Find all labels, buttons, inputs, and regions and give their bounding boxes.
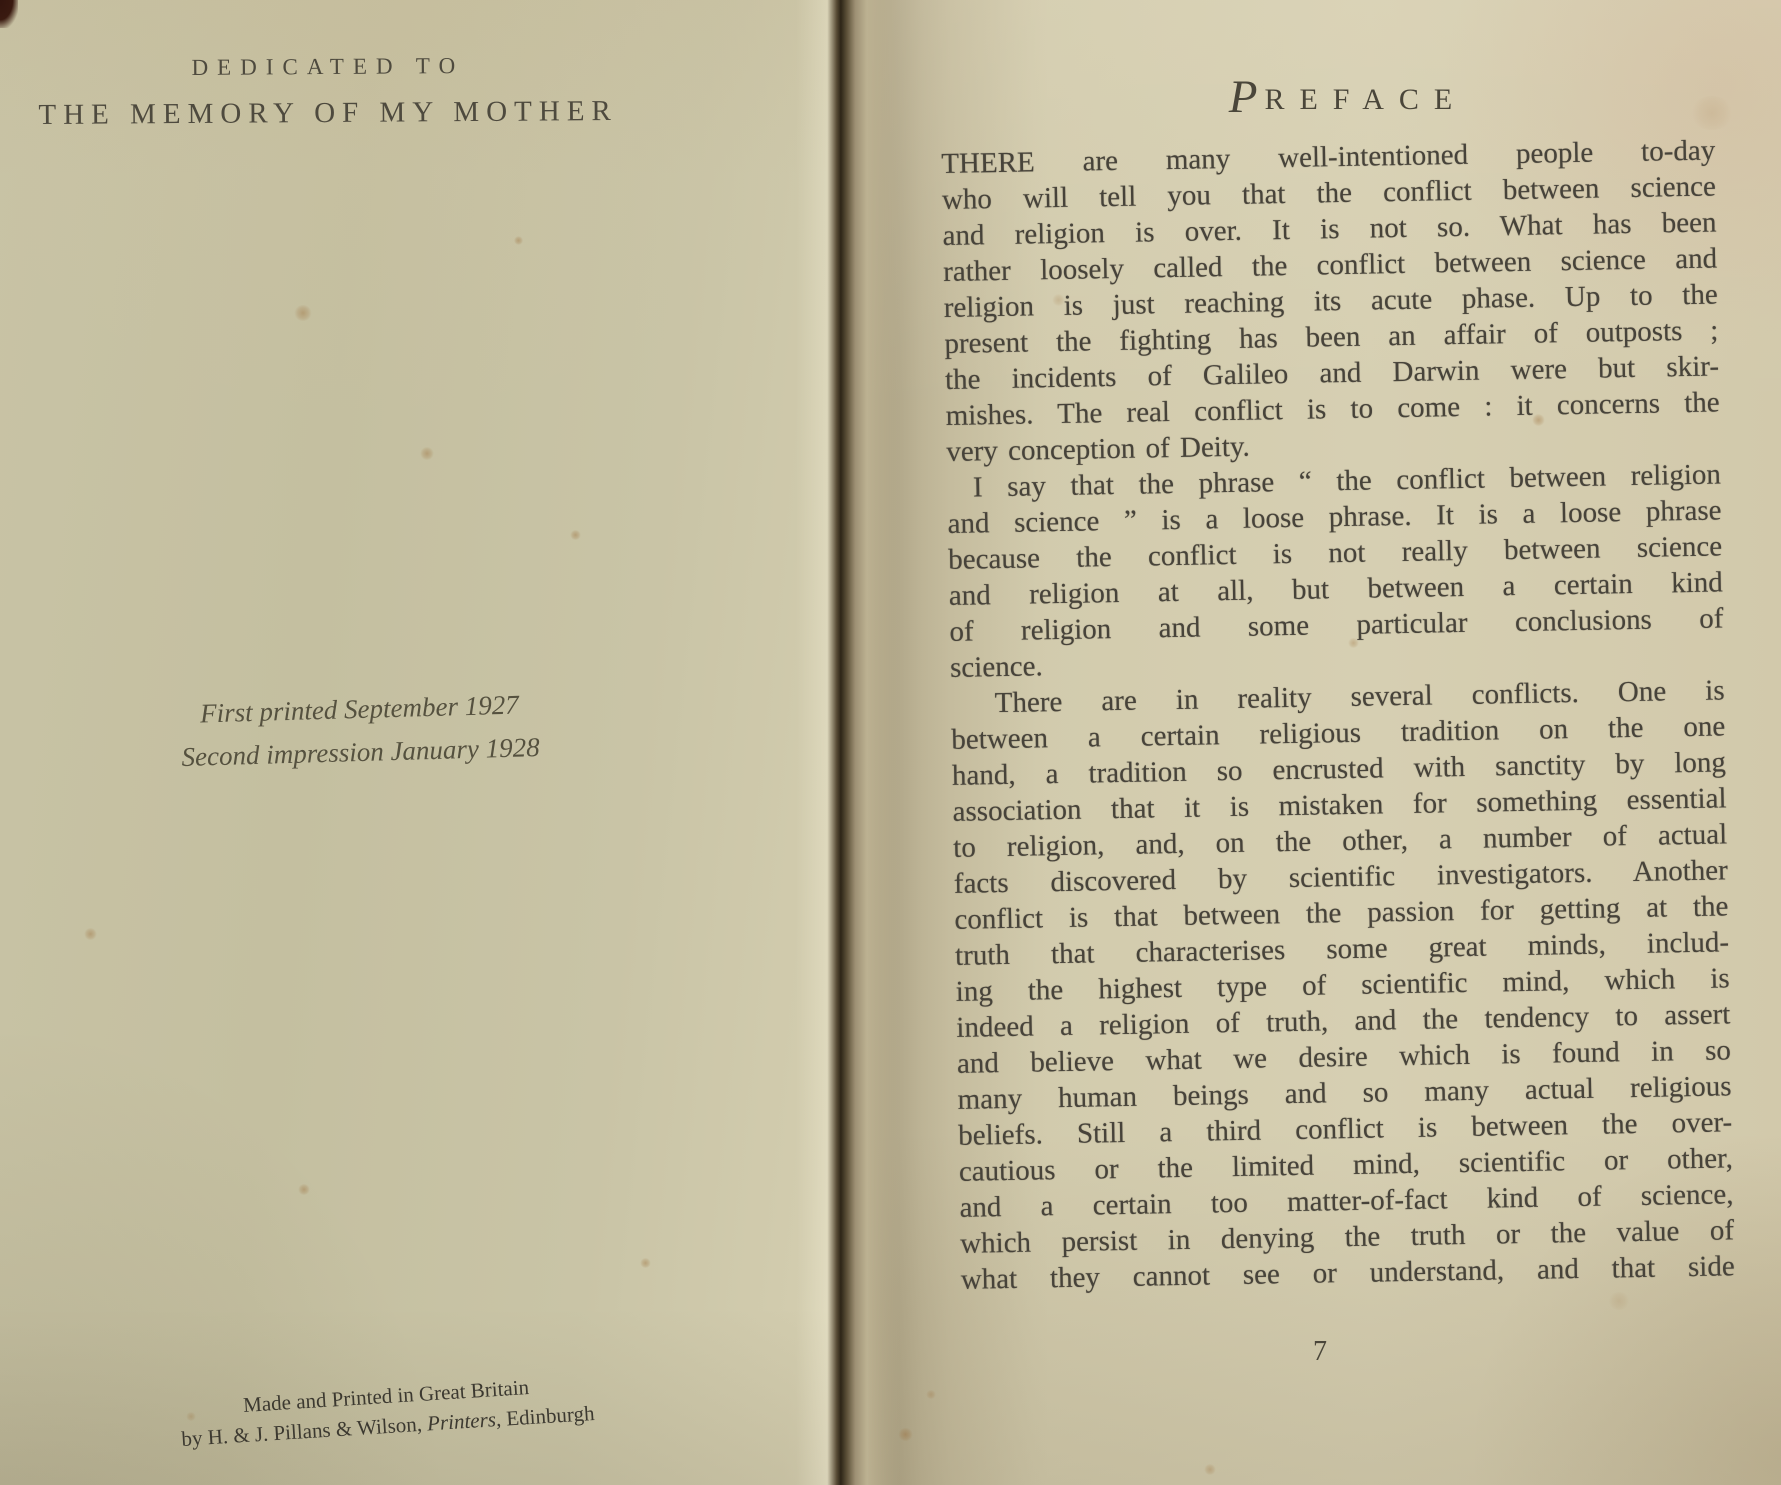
printer-line-2-italic: Printers,	[426, 1407, 501, 1436]
foxing-spot	[1204, 1464, 1216, 1475]
foxing-spot	[514, 236, 523, 245]
corner-speck	[0, 0, 18, 28]
printer-line-2-post: Edinburgh	[500, 1401, 595, 1431]
page-number: 7	[1290, 1336, 1350, 1368]
foxing-spot	[926, 1390, 936, 1399]
preface-title: PREFACE	[1138, 70, 1558, 124]
foxing-spot	[298, 1184, 310, 1195]
left-page: DEDICATED TO THE MEMORY OF MY MOTHER Fir…	[0, 0, 840, 1485]
foxing-spot	[1052, 294, 1065, 306]
dedication-line-1: DEDICATED TO	[38, 52, 618, 82]
foxing-spot	[898, 1428, 913, 1441]
foxing-spot	[570, 530, 581, 540]
foxing-spot	[420, 447, 434, 460]
foxing-spot	[84, 928, 97, 940]
foxing-spot	[1348, 638, 1359, 648]
foxing-spot	[1532, 414, 1545, 426]
foxing-spot	[1608, 1292, 1630, 1310]
foxing-spot	[294, 305, 312, 321]
foxing-spot	[640, 1258, 651, 1268]
preface-title-rest: REFACE	[1264, 83, 1467, 116]
edition-notice: First printed September 1927 Second impr…	[147, 682, 573, 780]
foxing-spot	[1690, 96, 1734, 130]
foxing-spot	[186, 1412, 196, 1421]
preface-title-initial: P	[1229, 71, 1258, 123]
dedication-block: DEDICATED TO THE MEMORY OF MY MOTHER	[38, 52, 619, 132]
book-gutter	[796, 0, 900, 1485]
preface-body: THERE are many well-intentioned people t…	[941, 132, 1735, 1297]
dedication-line-2: THE MEMORY OF MY MOTHER	[38, 95, 618, 132]
open-book-photo: DEDICATED TO THE MEMORY OF MY MOTHER Fir…	[0, 0, 1781, 1485]
